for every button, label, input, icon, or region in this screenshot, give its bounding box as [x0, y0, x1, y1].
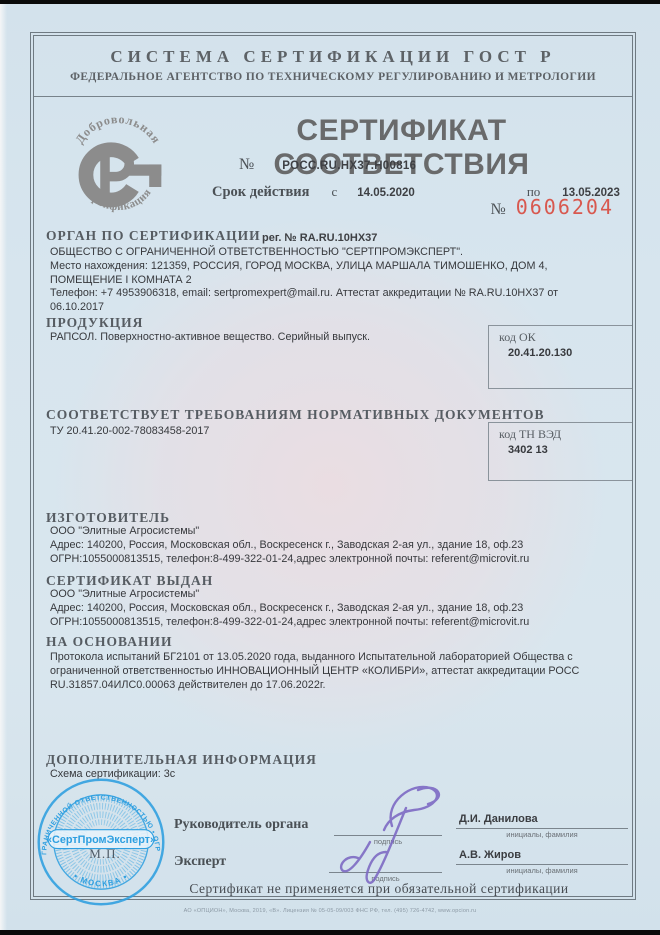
footer-note: Сертификат не применяется при обязательн…: [144, 881, 614, 897]
section-basis-heading: НА ОСНОВАНИИ: [46, 634, 172, 650]
rst-logo-icon: Добровольная сертификация: [66, 112, 170, 236]
system-title: СИСТЕМА СЕРТИФИКАЦИИ ГОСТ Р: [34, 47, 632, 67]
stamp-place-label: М.П.: [74, 846, 136, 862]
manufacturer-line2: Адрес: 140200, Россия, Московская обл., …: [50, 539, 610, 553]
svg-text:Добровольная: Добровольная: [72, 112, 163, 146]
number-sign: №: [239, 156, 254, 174]
issued-line1: ООО "Элитные Агросистемы": [50, 588, 610, 602]
expert-role-label: Эксперт: [174, 854, 226, 870]
expert-name-caption: инициалы, фамилия: [456, 866, 628, 875]
section-conformity-heading: СООТВЕТСТВУЕТ ТРЕБОВАНИЯМ НОРМАТИВНЫХ ДО…: [46, 407, 545, 423]
section-organ-heading: ОРГАН ПО СЕРТИФИКАЦИИ: [46, 228, 261, 244]
blank-number-value: 0606204: [516, 195, 614, 219]
organ-line3: Телефон: +7 4953906318, email: sertprome…: [50, 287, 608, 314]
certificate-scan: СИСТЕМА СЕРТИФИКАЦИИ ГОСТ Р ФЕДЕРАЛЬНОЕ …: [0, 0, 660, 935]
number-sign: №: [490, 201, 505, 219]
issued-line3: ОГРН:1055000813515, телефон:8-499-322-01…: [50, 616, 610, 630]
certificate-number-row: № РОСС.RU.НХ37.Н00816: [239, 156, 416, 174]
section-product-heading: ПРОДУКЦИЯ: [46, 315, 143, 331]
scan-edge-bottom: [0, 930, 660, 935]
section-manufacturer-heading: ИЗГОТОВИТЕЛЬ: [46, 510, 170, 526]
logo-top-arc: Добровольная: [72, 112, 163, 146]
agency-title: ФЕДЕРАЛЬНОЕ АГЕНТСТВО ПО ТЕХНИЧЕСКОМУ РЕ…: [34, 71, 632, 83]
code-ok-box: код ОК 20.41.20.130: [488, 325, 632, 389]
head-name-line: [456, 814, 628, 829]
conformity-text: ТУ 20.41.20-002-78083458-2017: [50, 425, 480, 439]
basis-text: Протокола испытаний БГ2101 от 13.05.2020…: [50, 650, 616, 692]
code-tnved-label: код ТН ВЭД: [489, 423, 632, 442]
validity-from-date: 14.05.2020: [357, 187, 415, 199]
validity-label: Срок действия: [212, 184, 309, 201]
validity-from-label: с: [331, 184, 337, 200]
code-tnved-box: код ТН ВЭД 3402 13: [488, 422, 632, 481]
organ-line1: ОБЩЕСТВО С ОГРАНИЧЕННОЙ ОТВЕТСТВЕННОСТЬЮ…: [50, 246, 608, 260]
section-additional-heading: ДОПОЛНИТЕЛЬНАЯ ИНФОРМАЦИЯ: [46, 752, 317, 768]
organ-reg-number: рег. № RA.RU.10НХ37: [262, 232, 377, 244]
code-ok-label: код ОК: [489, 326, 632, 345]
handwritten-signature: [326, 780, 466, 890]
code-tnved-value: 3402 13: [489, 442, 632, 456]
certificate-number-value: РОСС.RU.НХ37.Н00816: [282, 160, 416, 172]
expert-name-line: [456, 850, 628, 865]
stamp-ring-bottom-text: • МОСКВА •: [72, 872, 130, 889]
issued-line2: Адрес: 140200, Россия, Московская обл., …: [50, 602, 610, 616]
head-role-label: Руководитель органа: [174, 817, 308, 833]
section-issued-heading: СЕРТИФИКАТ ВЫДАН: [46, 573, 213, 589]
head-name-caption: инициалы, фамилия: [456, 830, 628, 839]
organ-line2: Место нахождения: 121359, РОССИЯ, ГОРОД …: [50, 260, 608, 287]
certificate-header: СИСТЕМА СЕРТИФИКАЦИИ ГОСТ Р ФЕДЕРАЛЬНОЕ …: [34, 36, 632, 97]
scan-edge-top: [0, 0, 660, 4]
blank-number-row: № 0606204: [490, 195, 614, 219]
manufacturer-line3: ОГРН:1055000813515, телефон:8-499-322-01…: [50, 553, 610, 567]
certificate-frame: СИСТЕМА СЕРТИФИКАЦИИ ГОСТ Р ФЕДЕРАЛЬНОЕ …: [30, 32, 636, 900]
manufacturer-line1: ООО "Элитные Агросистемы": [50, 525, 610, 539]
certificate-frame-inner: СИСТЕМА СЕРТИФИКАЦИИ ГОСТ Р ФЕДЕРАЛЬНОЕ …: [33, 35, 633, 897]
code-ok-value: 20.41.20.130: [489, 345, 632, 359]
scan-edge-left: [0, 4, 7, 930]
printer-fine-print: АО «ОПЦИОН», Москва, 2019, «В». Лицензия…: [80, 908, 580, 914]
svg-text:• МОСКВА •: • МОСКВА •: [72, 872, 130, 889]
stamp-center-text: «СертПромЭксперт»: [46, 834, 156, 846]
product-text: РАПСОЛ. Поверхностно-активное вещество. …: [50, 331, 480, 345]
